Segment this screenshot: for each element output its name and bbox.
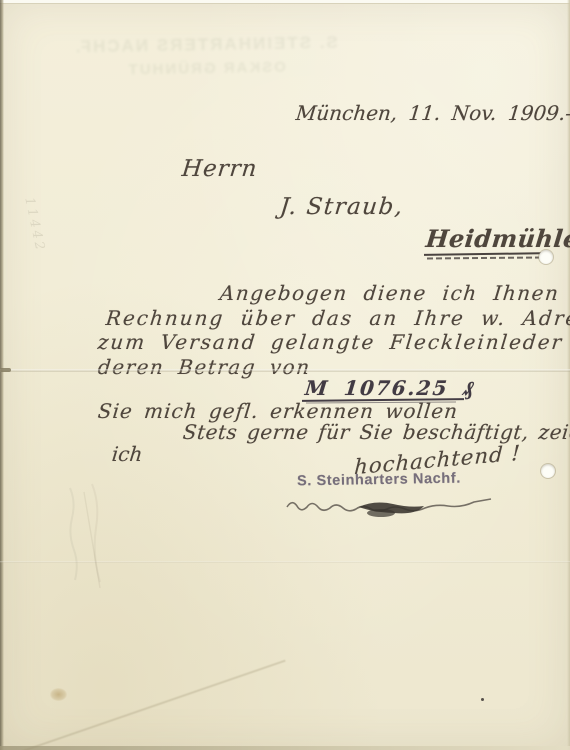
body-line: Angebogen diene ich Ihnen mit <box>219 281 570 305</box>
punch-hole-top <box>539 250 553 264</box>
salutation: Herrn <box>181 156 259 182</box>
fold-crease-middle <box>0 369 570 372</box>
paper-stain <box>50 688 67 701</box>
body-line: Rechnung über das an Ihre w. Adresse <box>105 306 570 330</box>
signature-squiggle <box>283 487 517 527</box>
place-underline-2 <box>427 256 545 259</box>
margin-pencil-note: 11442 <box>21 196 47 254</box>
bleedthrough-line1: S. STEINHARTERS NACHF. <box>70 30 342 61</box>
recipient-name: J. Straub, <box>279 194 405 220</box>
paper-edge-bottom <box>0 746 570 750</box>
recipient-place: Heidmühle <box>424 224 570 253</box>
crease-diagonal <box>16 660 286 750</box>
body-line: zum Versand gelangte Fleckleinleder mit <box>97 330 570 354</box>
dateline: München, 11. Nov. 1909.— <box>295 101 570 125</box>
ink-speck <box>481 698 484 701</box>
paper-edge-left <box>0 0 4 750</box>
body-line: Stets gerne für Sie beschäftigt, zeichne <box>182 420 570 444</box>
place-underline-1 <box>424 252 548 256</box>
pencil-bleedthrough-marks <box>40 478 120 608</box>
letterhead-bleedthrough: S. STEINHARTERS NACHF. OSKAR GRÜNHUT <box>70 30 343 83</box>
body-line: ich <box>111 442 144 466</box>
invoice-amount: M 1076.25 ₰ <box>304 376 477 401</box>
paper-edge-top <box>0 0 570 4</box>
fold-edge-mark <box>0 368 11 372</box>
punch-hole-bottom <box>541 464 555 478</box>
scanned-letter-page: S. STEINHARTERS NACHF. OSKAR GRÜNHUT Mün… <box>0 0 570 750</box>
body-line: deren Betrag von <box>97 355 312 379</box>
